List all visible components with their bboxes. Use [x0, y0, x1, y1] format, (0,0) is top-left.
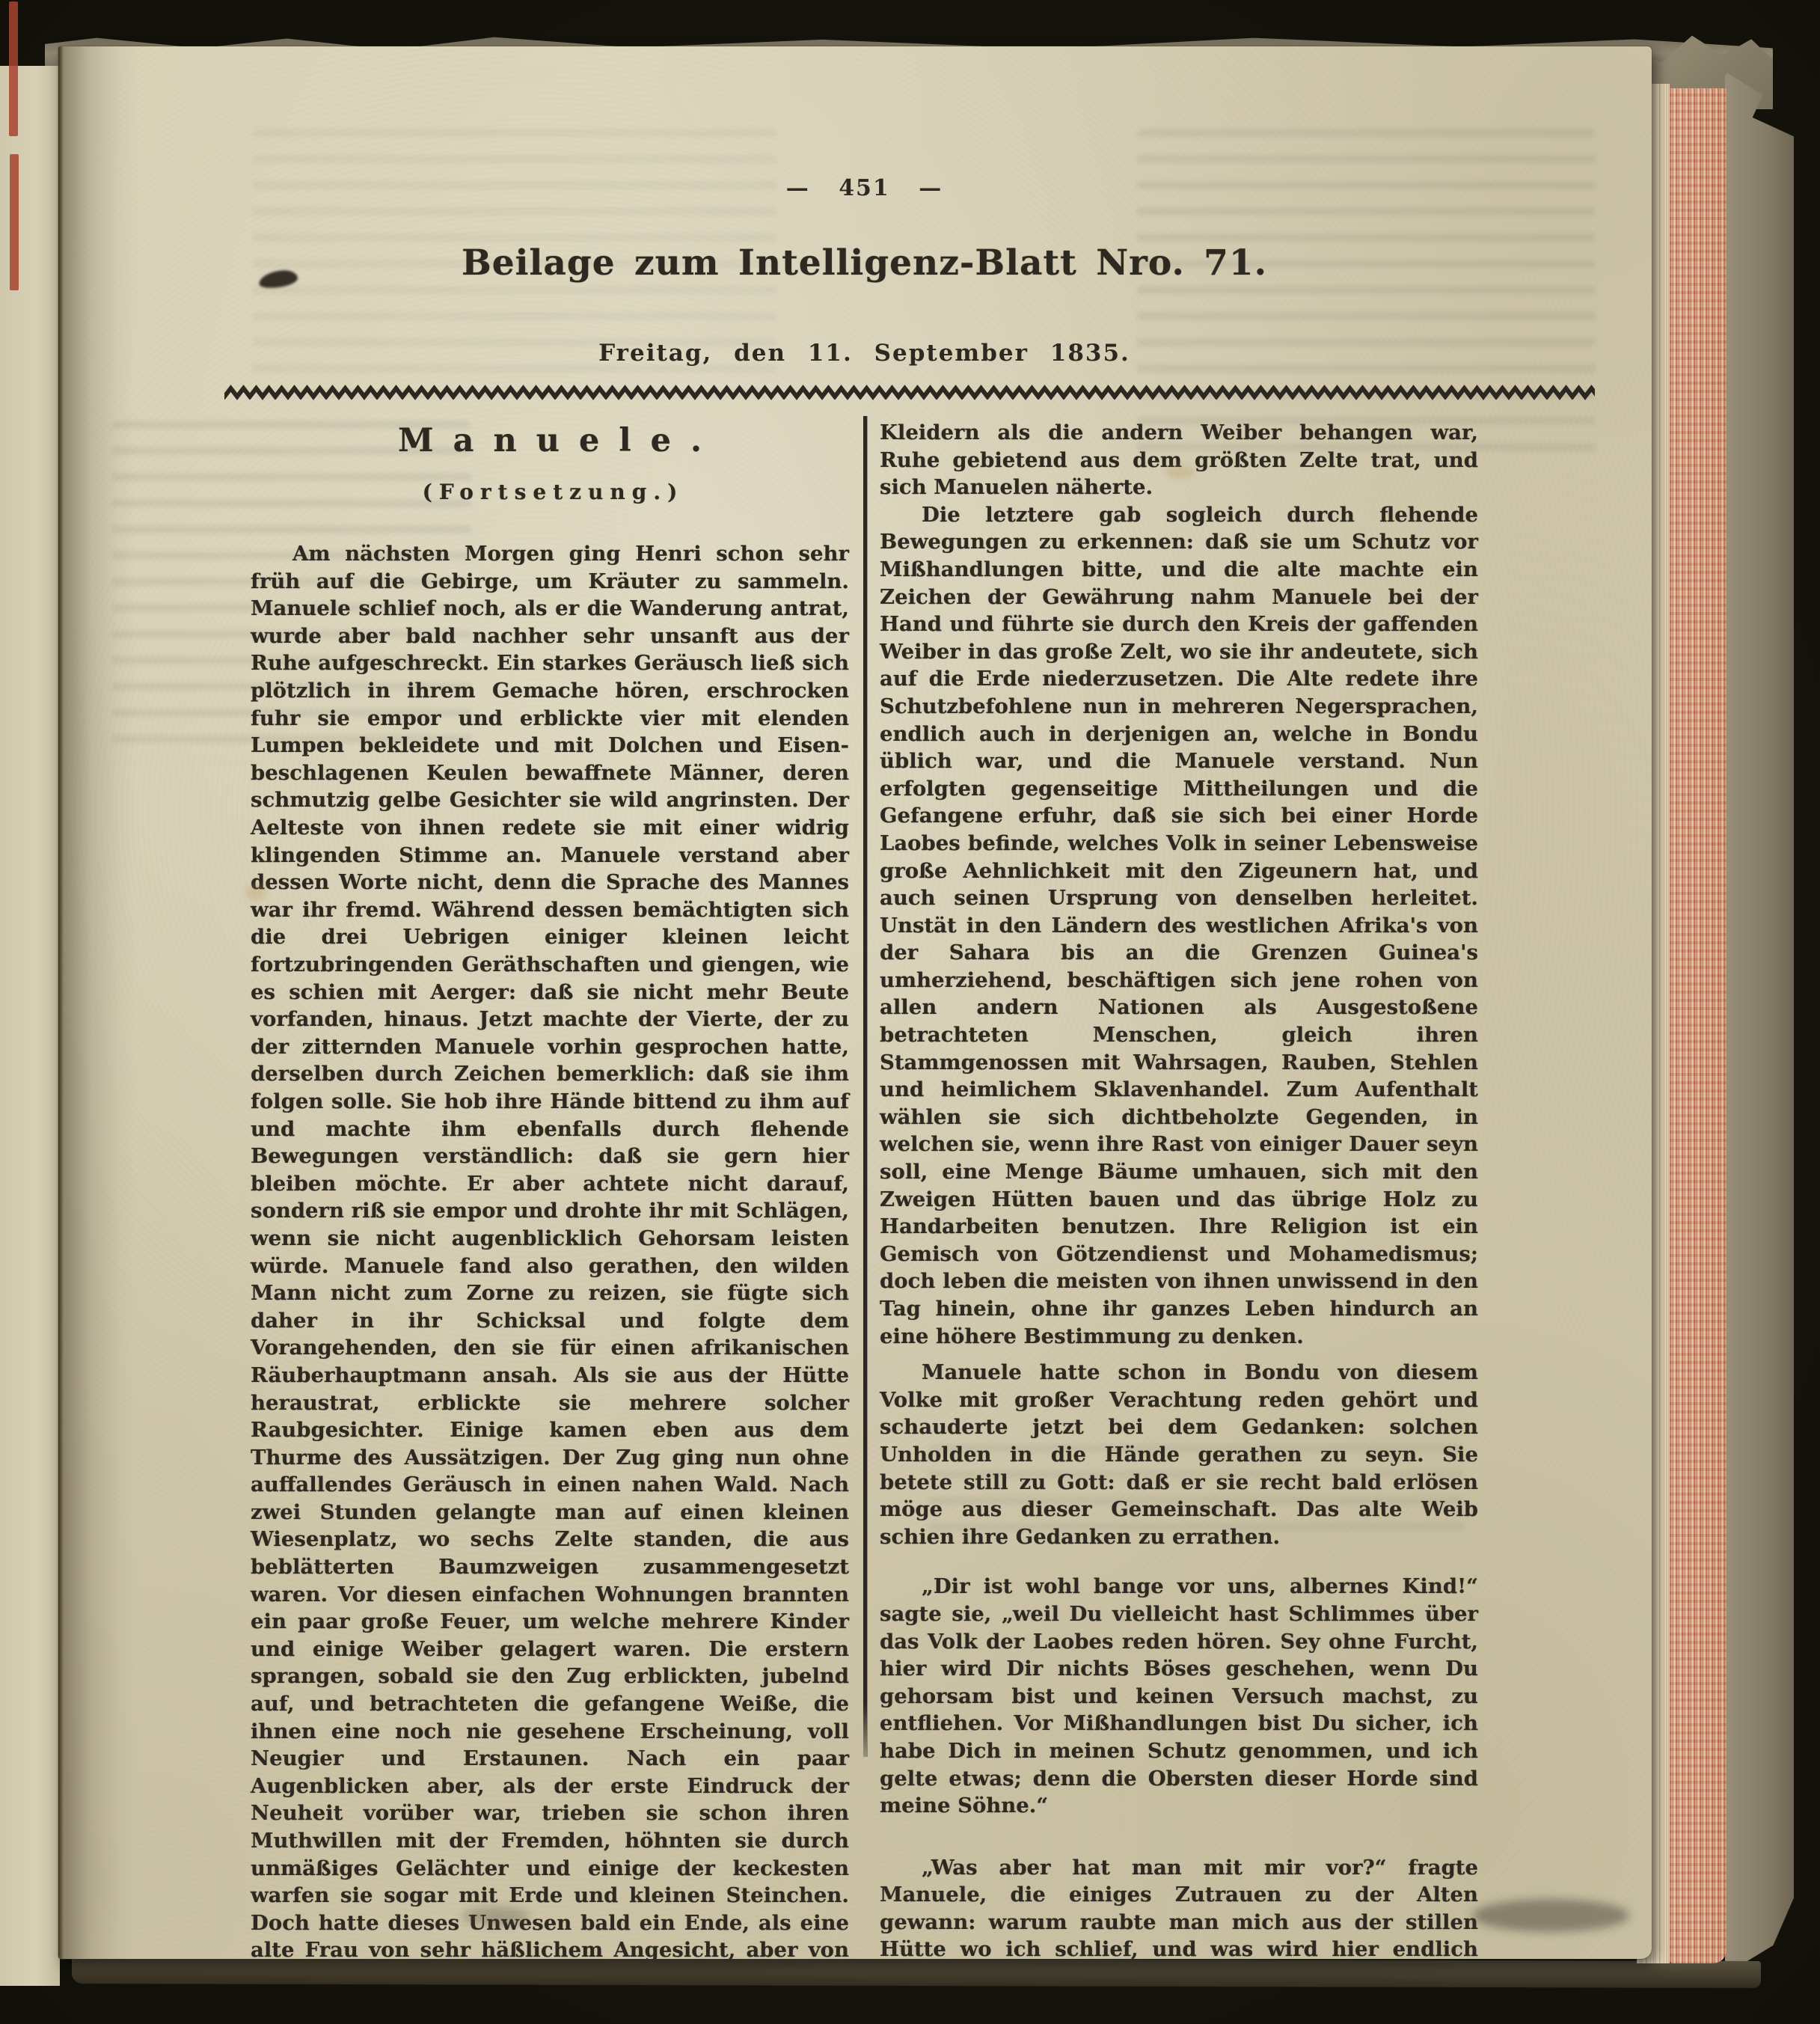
- article-paragraph: Die letztere gab sogleich durch flehende…: [880, 501, 1478, 1350]
- zigzag-rule: [224, 385, 1595, 401]
- gutter-crease: [58, 46, 64, 1959]
- book-photo: — 451 — Beilage zum Intelligenz-Blatt Nr…: [0, 0, 1820, 2024]
- book-cover-bottom-edge: [72, 1957, 1761, 1988]
- book-page: — 451 — Beilage zum Intelligenz-Blatt Nr…: [58, 46, 1652, 1959]
- paper-stain: [245, 884, 266, 901]
- article-paragraph: „Was aber hat man mit mir vor?“ fragte M…: [880, 1854, 1478, 1959]
- article-paragraph: Am nächsten Morgen ging Henri schon sehr…: [251, 540, 849, 1959]
- red-edge-mark: [9, 1, 18, 136]
- ink-smudge: [1472, 1899, 1629, 1932]
- masthead-title: Beilage zum Intelligenz-Blatt Nro. 71.: [251, 242, 1478, 284]
- right-column: Kleidern als die andern Weiber behangen …: [880, 419, 1478, 1959]
- facing-page-edge: [0, 66, 60, 1986]
- article-paragraph: Manuele hatte schon in Bondu von diesem …: [880, 1359, 1478, 1550]
- page-number-line: — 451 —: [251, 175, 1478, 201]
- red-sprinkled-fore-edge: [1670, 88, 1726, 1963]
- red-edge-mark: [10, 154, 19, 290]
- book-cover-right-edge: [1725, 72, 1794, 1974]
- article-paragraph: Kleidern als die andern Weiber behangen …: [880, 419, 1478, 501]
- article-paragraph: „Dir ist wohl bange vor uns, albernes Ki…: [880, 1573, 1478, 1819]
- date-line: Freitag, den 11. September 1835.: [251, 340, 1478, 367]
- dash-ornament: —: [786, 175, 810, 201]
- gutter-shadow: [58, 46, 156, 1959]
- paper-stain: [1165, 465, 1195, 479]
- page-number: 451: [839, 175, 890, 201]
- article-subtitle: (Fortsetzung.): [251, 481, 849, 504]
- left-column: Manuele. (Fortsetzung.) Am nächsten Morg…: [251, 419, 849, 1959]
- ink-smudge: [462, 1907, 530, 1926]
- column-divider-rule: [863, 416, 867, 1757]
- dash-ornament: —: [919, 175, 943, 201]
- article-title: Manuele.: [251, 424, 849, 459]
